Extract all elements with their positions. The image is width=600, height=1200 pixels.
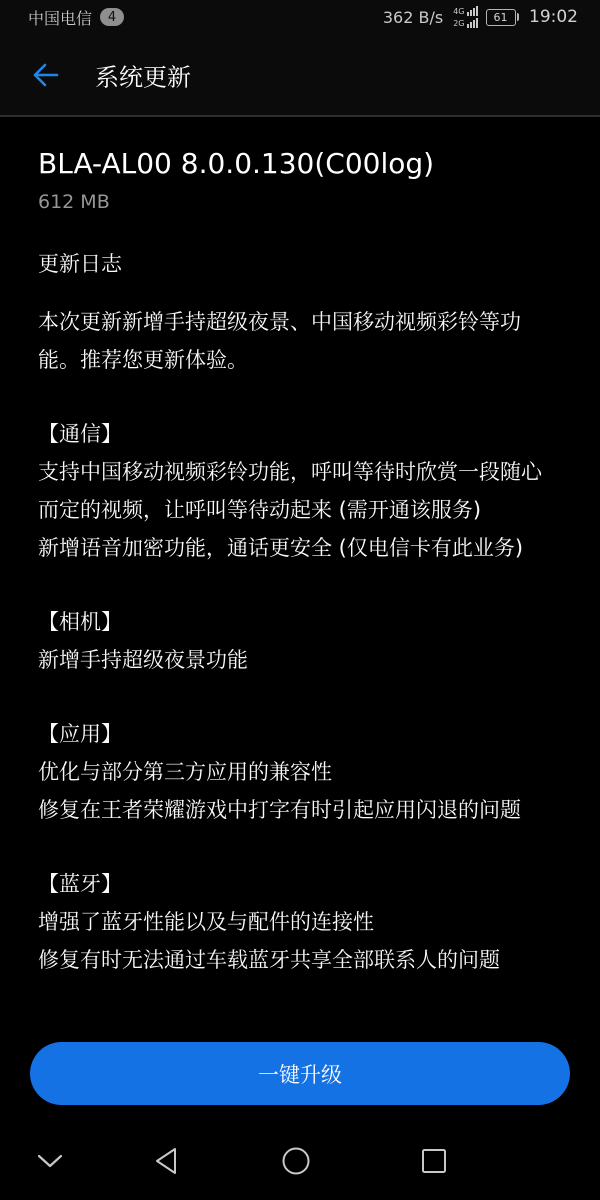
page-title: 系统更新 [95,58,191,93]
battery-percent: 61 [494,11,508,24]
section-title-display: 【显示】 [38,998,562,1014]
network-speed: 362 B/s [383,8,443,27]
section-item: 新增手持超级夜景功能 [38,641,562,679]
clock: 19:02 [529,7,578,27]
nav-back-button[interactable] [139,1134,193,1188]
section-item: 修复在王者荣耀游戏中打字有时引起应用闪退的问题 [38,791,562,829]
section-item: 新增语音加密功能，通话更安全 (仅电信卡有此业务) [38,529,562,567]
changelog-scroll-area[interactable]: BLA-AL00 8.0.0.130(C00log) 612 MB 更新日志 本… [0,117,600,1014]
back-arrow-icon [28,61,60,89]
section-title-apps: 【应用】 [38,698,562,753]
changelog-section: 【应用】 优化与部分第三方应用的兼容性 修复在王者荣耀游戏中打字有时引起应用闪退… [38,698,562,829]
hide-navbar-button[interactable] [23,1134,77,1188]
changelog-intro: 本次更新新增手持超级夜景、中国移动视频彩铃等功能。推荐您更新体验。 [38,303,562,379]
status-bar-right: 362 B/s 4G 2G 61 19:02 [383,6,578,28]
chevron-down-icon [37,1154,63,1168]
nav-recents-button[interactable] [407,1134,461,1188]
section-item: 支持中国移动视频彩铃功能，呼叫等待时欣赏一段随心而定的视频，让呼叫等待动起来 (… [38,453,562,529]
section-item: 修复有时无法通过车载蓝牙共享全部联系人的问题 [38,941,562,979]
sim-badge: 4 [100,8,124,26]
status-bar-left: 中国电信 4 [28,6,124,29]
home-circle-icon [281,1146,311,1176]
changelog-section: 【相机】 新增手持超级夜景功能 [38,586,562,679]
section-item: 优化与部分第三方应用的兼容性 [38,753,562,791]
section-item: 增强了蓝牙性能以及与配件的连接性 [38,903,562,941]
one-click-upgrade-button[interactable]: 一键升级 [30,1042,570,1105]
nav-home-button[interactable] [269,1134,323,1188]
recents-square-icon [421,1148,447,1174]
status-bar: 中国电信 4 362 B/s 4G 2G 61 [0,0,600,34]
changelog-section: 【蓝牙】 增强了蓝牙性能以及与配件的连接性 修复有时无法通过车载蓝牙共享全部联系… [38,848,562,979]
update-size: 612 MB [38,189,562,215]
changelog-heading: 更新日志 [38,249,562,279]
section-title-bluetooth: 【蓝牙】 [38,848,562,903]
changelog-section: 【通信】 支持中国移动视频彩铃功能，呼叫等待时欣赏一段随心而定的视频，让呼叫等待… [38,398,562,567]
navigation-bar [0,1122,600,1200]
battery-icon: 61 [486,9,520,26]
carrier-label: 中国电信 [28,6,92,29]
changelog-section: 【显示】 在部分界面新增安全操作提示 [38,998,562,1014]
section-title-telecom: 【通信】 [38,398,562,453]
back-triangle-icon [154,1147,178,1175]
back-button[interactable] [24,55,64,95]
header: 系统更新 [0,34,600,116]
signal-icon: 4G 2G [453,6,477,28]
firmware-version: BLA-AL00 8.0.0.130(C00log) [38,145,562,182]
system-update-screen: 中国电信 4 362 B/s 4G 2G 61 [0,0,600,1200]
section-title-camera: 【相机】 [38,586,562,641]
